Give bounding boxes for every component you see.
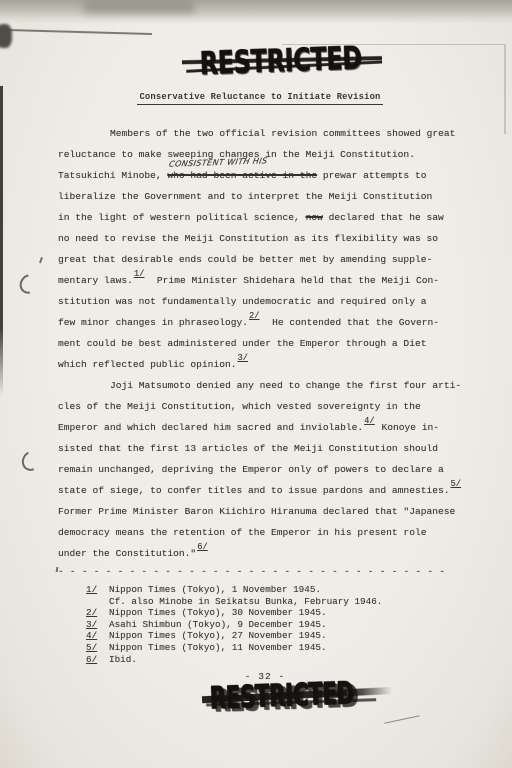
text-run: liberalize the Government and to interpr… [58,191,432,202]
text-run: no need to revise the Meiji Constitution… [58,233,438,244]
text-run: mentary laws. [58,275,133,286]
body-line: Former Prime Minister Baron Kiichiro Hir… [58,501,478,522]
body-line: under the Constitution."6/ [58,543,478,564]
footnote-marker: 2/ [249,306,260,327]
text-run: under the Constitution." [58,548,196,559]
page-title: Conservative Reluctance to Initiate Revi… [0,92,512,105]
text-run: state of siege, to confer titles and to … [58,485,450,496]
body-line: Tatsukichi Minobe, who had been active i… [58,165,478,186]
body-line: no need to revise the Meiji Constitution… [58,228,478,249]
text-run: Tatsukichi Minobe, [58,170,167,181]
footnote-text: Cf. also Minobe in Seikatsu Bunka, Febru… [109,596,382,608]
footnote-number: 5/ [86,642,100,654]
pencil-mark-lower [19,448,43,473]
pencil-line [384,715,419,723]
body-line: democracy means the retention of the Emp… [58,522,478,543]
footnote-marker: 6/ [197,537,208,558]
scanned-document-page: RESTRICTED Conservative Reluctance to In… [0,0,512,768]
footnote-number: 3/ [86,619,100,631]
strikethrough-run: who had been active in theCONSISTENT WIT… [167,170,317,181]
footnote-text: Ibid. [109,654,137,666]
body-line: sisted that the first 13 articles of the… [58,438,478,459]
footnote-item: 5/Nippon Times (Tokyo), 11 November 1945… [86,642,382,654]
footnote-item: 1/Nippon Times (Tokyo), 1 November 1945. [86,584,382,596]
text-run: prewar attempts to [317,170,426,181]
footnotes-list: 1/Nippon Times (Tokyo), 1 November 1945.… [86,584,382,665]
corner-ink-smudge [0,24,12,48]
footnote-text: Nippon Times (Tokyo), 30 November 1945. [109,607,327,619]
footnote-number: 4/ [86,630,100,642]
footnote-item: 6/Ibid. [86,654,382,666]
footnote-item: 2/Nippon Times (Tokyo), 30 November 1945… [86,607,382,619]
text-run: Emperor and which declared him sacred an… [58,422,363,433]
footnote-number [86,596,100,608]
body-text: Members of the two official revision com… [58,123,478,564]
strikethrough-run: now [306,212,323,223]
pencil-mark-upper [16,271,42,298]
text-run: Former Prime Minister Baron Kiichiro Hir… [58,506,455,517]
body-line: great that desirable ends could be bette… [58,249,478,270]
text-run: Members of the two official revision com… [110,128,455,139]
text-run: Joji Matsumoto denied any need to change… [110,380,461,391]
footnote-item: 4/Nippon Times (Tokyo), 27 November 1945… [86,630,382,642]
text-run: few minor changes in phraseology. [58,317,248,328]
handwritten-correction: CONSISTENT WITH HIS [168,150,270,175]
body-line: ment could be best administered under th… [58,333,478,354]
footnote-number: 1/ [86,584,100,596]
body-line: remain unchanged, depriving the Emperor … [58,459,478,480]
page-title-text: Conservative Reluctance to Initiate Revi… [137,92,382,105]
footnote-item: 3/Asahi Shimbun (Tokyo), 9 December 1945… [86,619,382,631]
text-run: democracy means the retention of the Emp… [58,527,426,538]
body-line: mentary laws.1/ Prime Minister Shidehara… [58,270,478,291]
text-run: declared that he saw [323,212,444,223]
text-run: Prime Minister Shidehara held that the M… [145,275,439,286]
restricted-stamp-bottom: RESTRICTED RESTRICTED [209,677,364,717]
text-run: stitution was not fundamentally undemocr… [58,296,426,307]
footnote-marker: 4/ [364,411,375,432]
footnote-separator: - - - - - - - - - - - - - - - - - - - - … [58,566,488,577]
body-line: Joji Matsumoto denied any need to change… [58,375,478,396]
footnote-marker: 1/ [134,264,145,285]
body-line: which reflected public opinion.3/ [58,354,478,375]
text-run: Konoye in- [376,422,439,433]
body-line: stitution was not fundamentally undemocr… [58,291,478,312]
body-line: in the light of western political scienc… [58,207,478,228]
text-run: He contended that the Govern- [261,317,439,328]
body-line: Members of the two official revision com… [58,123,478,144]
body-line: liberalize the Government and to interpr… [58,186,478,207]
footnote-number: 2/ [86,607,100,619]
body-line: Emperor and which declared him sacred an… [58,417,478,438]
footnote-number: 6/ [86,654,100,666]
scan-edge-shadow [0,0,512,24]
footnote-text: Nippon Times (Tokyo), 27 November 1945. [109,630,327,642]
restricted-stamp-top: RESTRICTED [200,43,377,79]
scratch-mark [6,29,152,35]
footnote-text: Nippon Times (Tokyo), 1 November 1945. [109,584,321,596]
text-run: which reflected public opinion. [58,359,236,370]
body-line: few minor changes in phraseology.2/ He c… [58,312,478,333]
footnote-item: Cf. also Minobe in Seikatsu Bunka, Febru… [86,596,382,608]
binding-edge-line [0,86,3,396]
body-line: state of siege, to confer titles and to … [58,480,478,501]
footnote-marker: 5/ [451,474,462,495]
text-run: great that desirable ends could be bette… [58,254,432,265]
scan-edge-smudge [84,0,194,13]
text-run: sisted that the first 13 articles of the… [58,443,438,454]
text-run: remain unchanged, depriving the Emperor … [58,464,444,475]
footnote-text: Nippon Times (Tokyo), 11 November 1945. [109,642,327,654]
paper-crease-vertical [504,44,506,134]
footnote-marker: 3/ [237,348,248,369]
footnote-text: Asahi Shimbun (Tokyo), 9 December 1945. [109,619,327,631]
body-line: cles of the Meiji Constitution, which ve… [58,396,478,417]
text-run: in the light of western political scienc… [58,212,306,223]
ink-speck [39,257,42,263]
